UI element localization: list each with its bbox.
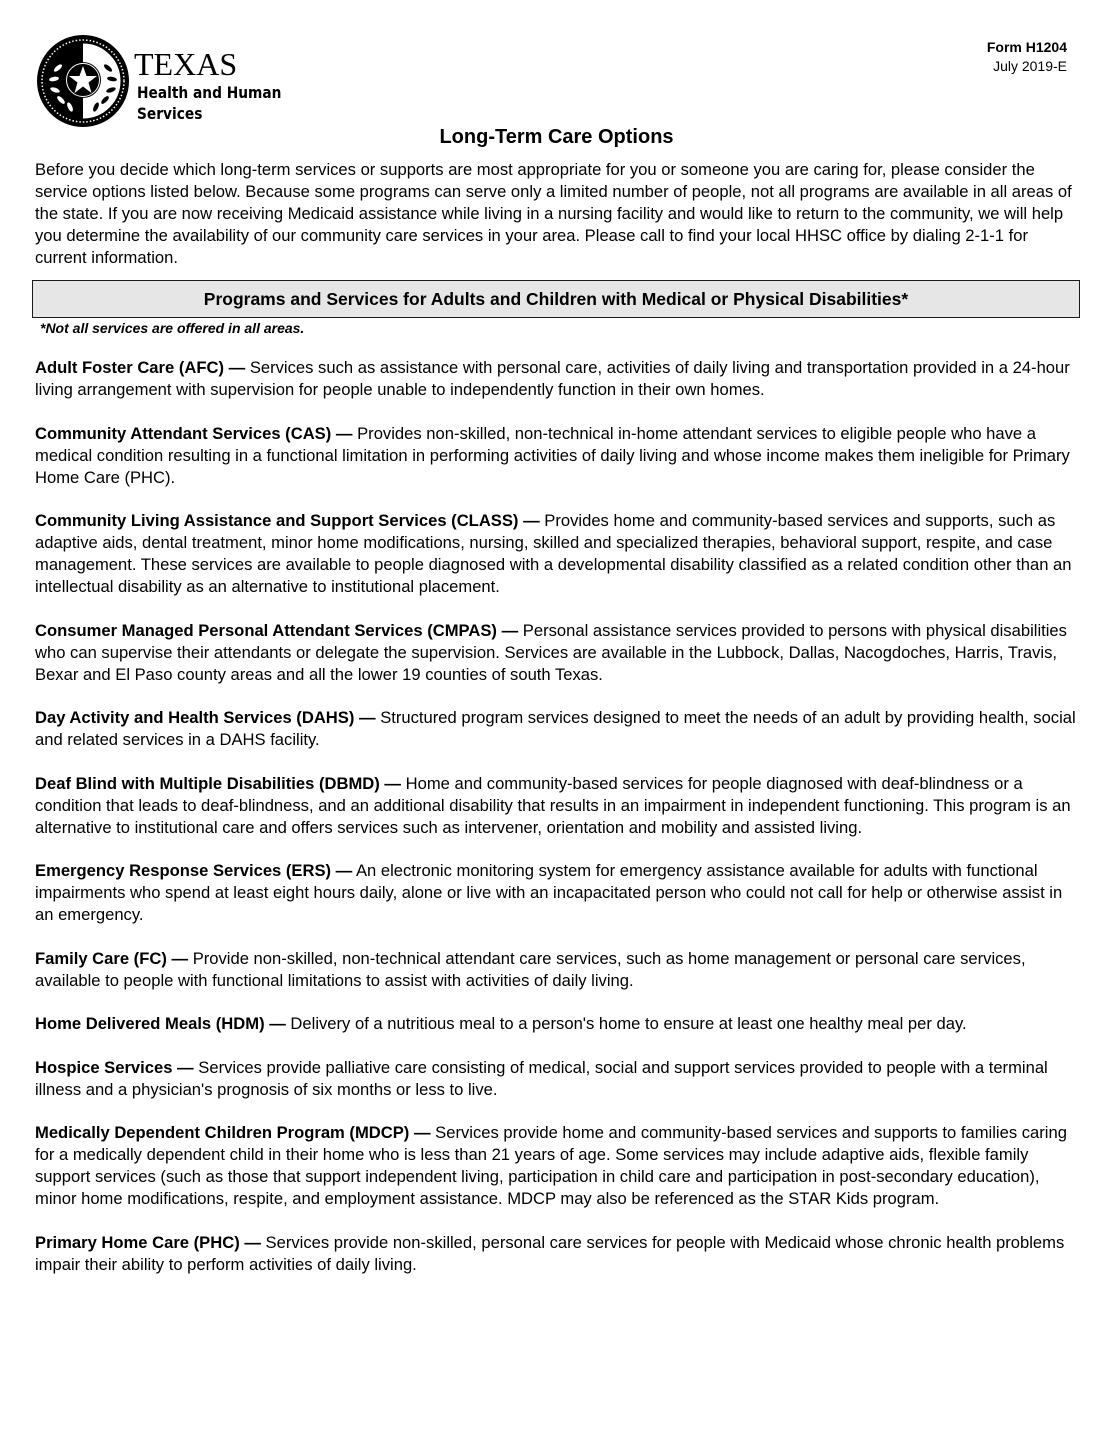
program-item-hdm: Home Delivered Meals (HDM) — Delivery of… [35, 1013, 1083, 1035]
program-name: Community Living Assistance and Support … [35, 511, 540, 530]
program-item-class: Community Living Assistance and Support … [35, 510, 1083, 598]
texas-seal-star-icon [36, 34, 130, 128]
program-name: Consumer Managed Personal Attendant Serv… [35, 621, 518, 640]
program-item-cmpas: Consumer Managed Personal Attendant Serv… [35, 620, 1083, 686]
logo-subtitle-line1: Health and Human [137, 82, 281, 103]
section-heading-banner: Programs and Services for Adults and Chi… [32, 280, 1080, 318]
program-item-afc: Adult Foster Care (AFC) — Services such … [35, 357, 1083, 401]
program-item-ers: Emergency Response Services (ERS) — An e… [35, 860, 1083, 926]
form-date: July 2019-E [987, 57, 1067, 76]
program-item-fc: Family Care (FC) — Provide non-skilled, … [35, 948, 1083, 992]
program-name: Emergency Response Services (ERS) — [35, 861, 352, 880]
program-item-hospice: Hospice Services — Services provide pall… [35, 1057, 1083, 1101]
program-name: Medically Dependent Children Program (MD… [35, 1123, 431, 1142]
program-item-phc: Primary Home Care (PHC) — Services provi… [35, 1232, 1083, 1276]
program-item-mdcp: Medically Dependent Children Program (MD… [35, 1122, 1083, 1210]
program-name: Primary Home Care (PHC) — [35, 1233, 261, 1252]
section-footnote: *Not all services are offered in all are… [40, 319, 304, 337]
program-name: Family Care (FC) — [35, 949, 188, 968]
intro-paragraph: Before you decide which long-term servic… [35, 159, 1083, 269]
program-name: Deaf Blind with Multiple Disabilities (D… [35, 774, 401, 793]
hhs-logo: TEXAS Health and Human Services [36, 34, 286, 130]
program-name: Community Attendant Services (CAS) — [35, 424, 352, 443]
logo-subtitle: Health and Human Services [137, 82, 281, 124]
logo-subtitle-line2: Services [137, 103, 281, 124]
program-item-cas: Community Attendant Services (CAS) — Pro… [35, 423, 1083, 489]
form-identifier: Form H1204 July 2019-E [987, 38, 1067, 76]
section-heading: Programs and Services for Adults and Chi… [204, 289, 908, 310]
page-title: Long-Term Care Options [0, 125, 1113, 149]
program-item-dahs: Day Activity and Health Services (DAHS) … [35, 707, 1083, 751]
program-description: Delivery of a nutritious meal to a perso… [286, 1014, 967, 1033]
program-item-dbmd: Deaf Blind with Multiple Disabilities (D… [35, 773, 1083, 839]
logo-title: TEXAS [134, 48, 237, 80]
programs-list: Adult Foster Care (AFC) — Services such … [35, 357, 1083, 1297]
form-number: Form H1204 [987, 38, 1067, 57]
program-name: Home Delivered Meals (HDM) — [35, 1014, 286, 1033]
program-name: Adult Foster Care (AFC) — [35, 358, 245, 377]
program-name: Day Activity and Health Services (DAHS) … [35, 708, 376, 727]
program-name: Hospice Services — [35, 1058, 194, 1077]
